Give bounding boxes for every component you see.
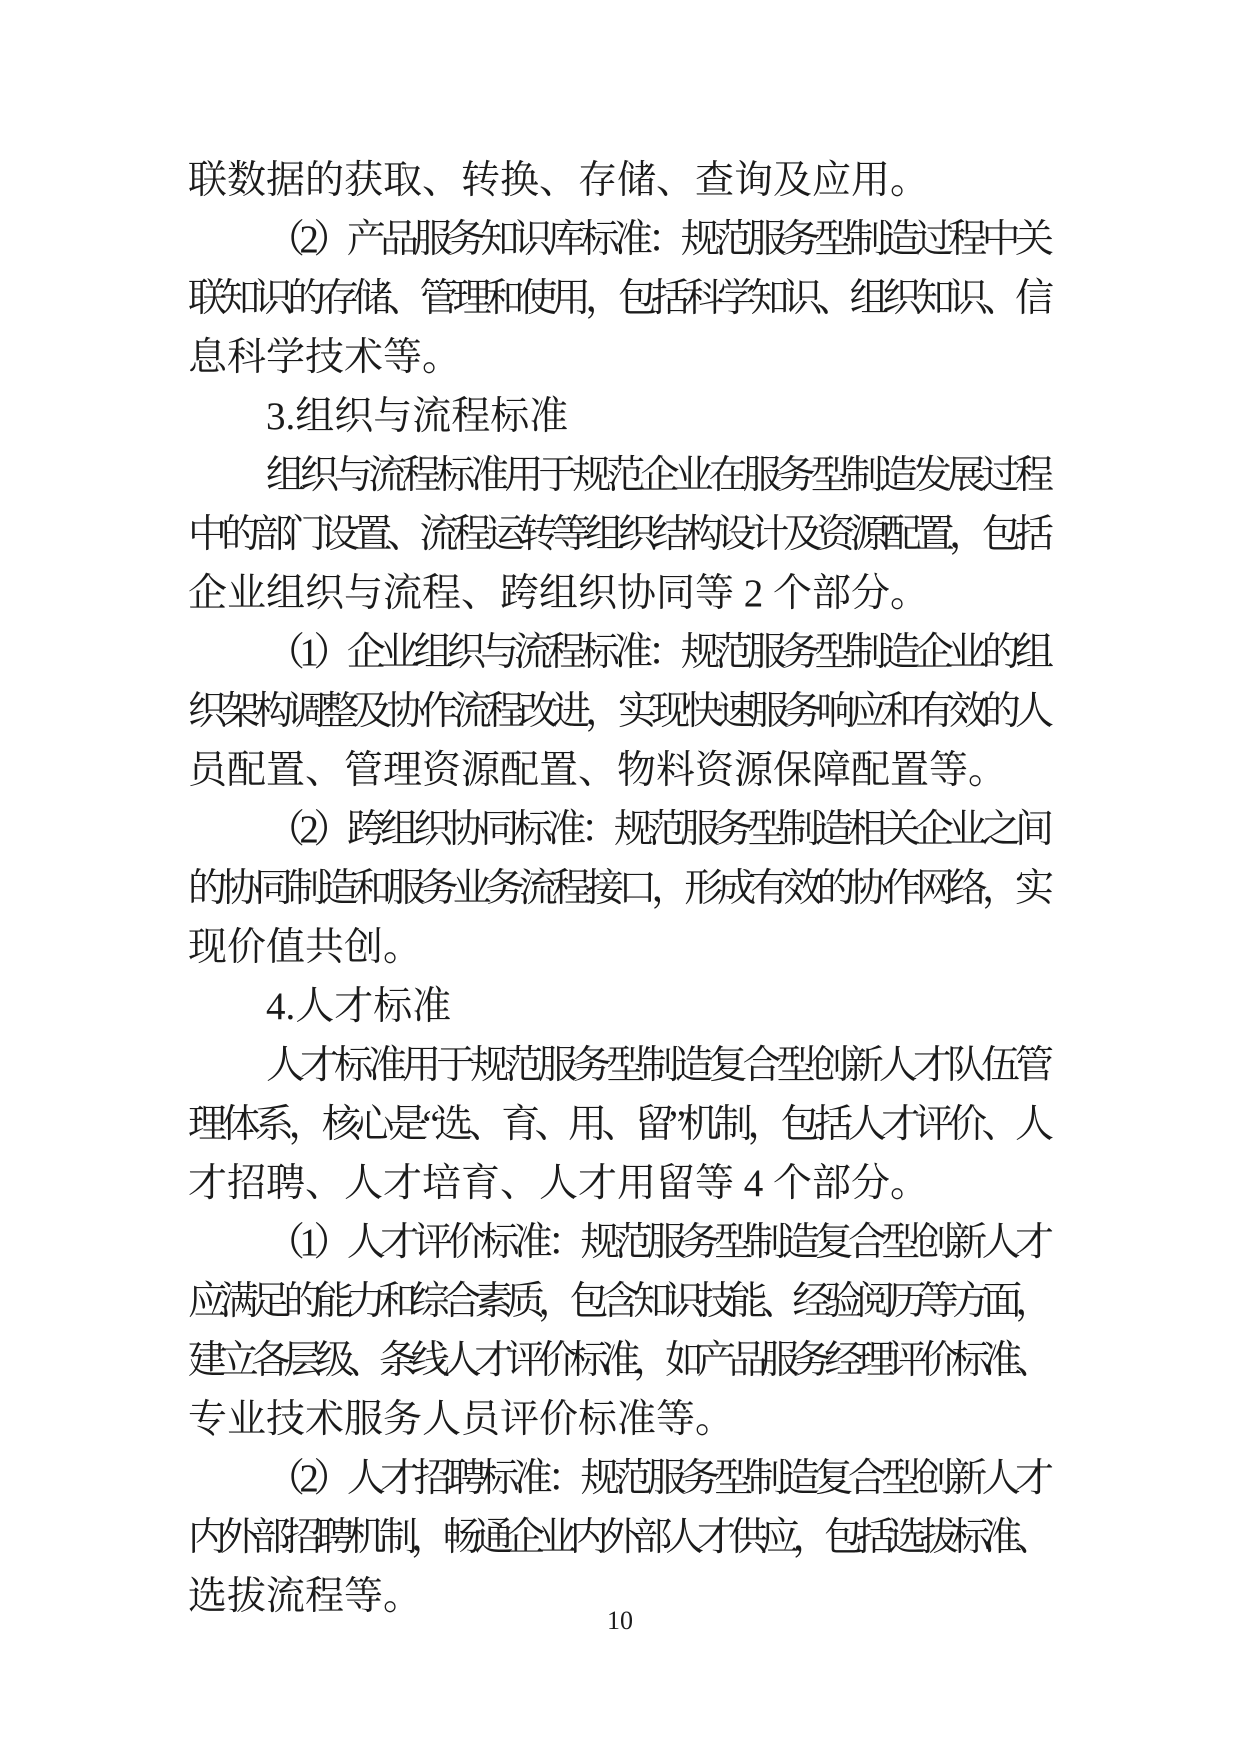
text-line: 的协同制造和服务业务流程接口，形成有效的协作网络，实 [188,859,1054,918]
text-line: 人才标准用于规范服务型制造复合型创新人才队伍管 [188,1036,1054,1095]
text-line-content: 现价值共创。 [188,918,422,977]
text-line: 建立各层级、条线人才评价标准，如产品服务经理评价标准、 [188,1331,1054,1390]
text-line-content: 联知识的存储、管理和使用，包括科学知识、组织知识、信 [188,269,1048,328]
text-line-content: 应满足的能力和综合素质，包含知识技能、经验阅历等方面， [188,1272,1047,1331]
text-line: 织架构调整及协作流程改进，实现快速服务响应和有效的人 [188,682,1054,741]
text-line-content: （1）企业组织与流程标准：规范服务型制造企业的组 [266,623,1048,682]
text-line: 应满足的能力和综合素质，包含知识技能、经验阅历等方面， [188,1272,1054,1331]
page-number: 10 [0,1603,1240,1639]
text-line: 内外部招聘机制，畅通企业内外部人才供应，包括选拔标准、 [188,1508,1054,1567]
text-line-content: 才招聘、人才培育、人才用留等 4 个部分。 [188,1154,929,1213]
text-block: 联数据的获取、转换、存储、查询及应用。（2）产品服务知识库标准：规范服务型制造过… [188,151,1054,1626]
text-line: 4.人才标准 [188,977,1054,1036]
text-line-content: 3.组织与流程标准 [266,387,568,446]
text-line-content: 人才标准用于规范服务型制造复合型创新人才队伍管 [266,1036,1049,1095]
text-line-content: 企业组织与流程、跨组织协同等 2 个部分。 [188,564,929,623]
text-line: 3.组织与流程标准 [188,387,1054,446]
text-line-content: （1）人才评价标准：规范服务型制造复合型创新人才 [266,1213,1048,1272]
text-line: 理体系，核心是“选、育、用、留”机制，包括人才评价、人 [188,1095,1054,1154]
text-line-content: 联数据的获取、转换、存储、查询及应用。 [188,151,929,210]
text-line: 组织与流程标准用于规范企业在服务型制造发展过程 [188,446,1054,505]
text-line: 现价值共创。 [188,918,1054,977]
text-line-content: 理体系，核心是“选、育、用、留”机制，包括人才评价、人 [188,1095,1048,1154]
text-line-content: 建立各层级、条线人才评价标准，如产品服务经理评价标准、 [188,1331,1047,1390]
text-line-content: （2）产品服务知识库标准：规范服务型制造过程中关 [266,210,1048,269]
text-line: （1）企业组织与流程标准：规范服务型制造企业的组 [188,623,1054,682]
text-line: （2）跨组织协同标准：规范服务型制造相关企业之间 [188,800,1054,859]
text-line: （2）人才招聘标准：规范服务型制造复合型创新人才 [188,1449,1054,1508]
text-line-content: （2）跨组织协同标准：规范服务型制造相关企业之间 [266,800,1048,859]
text-line: 员配置、管理资源配置、物料资源保障配置等。 [188,741,1054,800]
text-line-content: 专业技术服务人员评价标准等。 [188,1390,734,1449]
text-line-content: （2）人才招聘标准：规范服务型制造复合型创新人才 [266,1449,1048,1508]
text-line-content: 的协同制造和服务业务流程接口，形成有效的协作网络，实 [188,859,1048,918]
text-line: （2）产品服务知识库标准：规范服务型制造过程中关 [188,210,1054,269]
document-page: 联数据的获取、转换、存储、查询及应用。（2）产品服务知识库标准：规范服务型制造过… [0,0,1240,1753]
text-line: 息科学技术等。 [188,328,1054,387]
text-line-content: 内外部招聘机制，畅通企业内外部人才供应，包括选拔标准、 [188,1508,1047,1567]
text-line: 才招聘、人才培育、人才用留等 4 个部分。 [188,1154,1054,1213]
text-line: 中的部门设置、流程运转等组织结构设计及资源配置，包括 [188,505,1054,564]
text-line: 专业技术服务人员评价标准等。 [188,1390,1054,1449]
text-line-content: 中的部门设置、流程运转等组织结构设计及资源配置，包括 [188,505,1048,564]
text-line-content: 4.人才标准 [266,977,451,1036]
text-line: 企业组织与流程、跨组织协同等 2 个部分。 [188,564,1054,623]
text-line: 联知识的存储、管理和使用，包括科学知识、组织知识、信 [188,269,1054,328]
text-line-content: 组织与流程标准用于规范企业在服务型制造发展过程 [266,446,1049,505]
text-line-content: 员配置、管理资源配置、物料资源保障配置等。 [188,741,1007,800]
text-line: （1）人才评价标准：规范服务型制造复合型创新人才 [188,1213,1054,1272]
text-line-content: 息科学技术等。 [188,328,461,387]
text-line-content: 织架构调整及协作流程改进，实现快速服务响应和有效的人 [188,682,1048,741]
text-line: 联数据的获取、转换、存储、查询及应用。 [188,151,1054,210]
